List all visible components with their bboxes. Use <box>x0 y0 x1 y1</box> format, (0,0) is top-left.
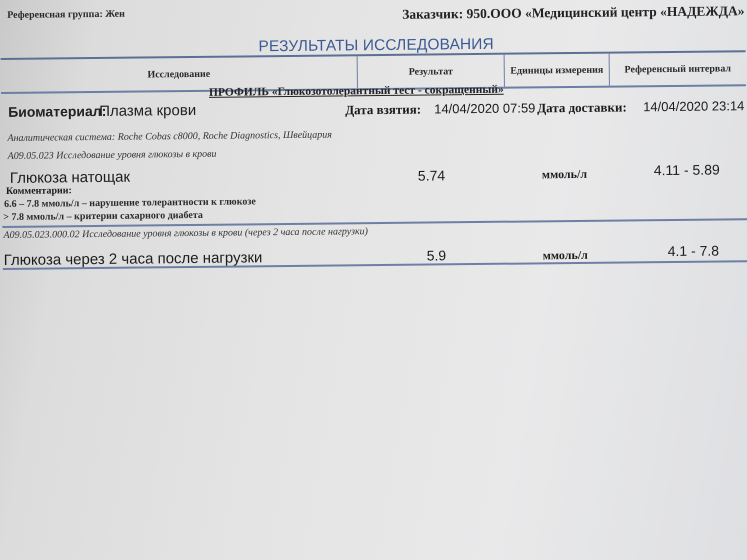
comments-label: Комментарии: <box>6 185 72 197</box>
test-result: 5.9 <box>427 247 447 263</box>
profile-title: ПРОФИЛЬ «Глюкозотолерантный тест - сокра… <box>209 84 504 99</box>
lab-report-sheet: Референсная группа: Жен Заказчик: 950.ОО… <box>0 0 747 560</box>
test-reference: 4.11 - 5.89 <box>654 161 720 178</box>
column-units: Единицы измерения <box>505 54 609 87</box>
date-taken-label: Дата взятия: <box>345 102 421 119</box>
comment-line: > 7.8 ммоль/л – критерии сахарного диабе… <box>3 210 203 223</box>
biomaterial-label: Биоматериал: <box>8 103 106 120</box>
test-units: ммоль/л <box>542 167 587 182</box>
test-reference: 4.1 - 7.8 <box>668 242 720 259</box>
date-taken-value: 14/04/2020 07:59 <box>434 100 535 116</box>
analytic-system: Аналитическая система: Roche Cobas c8000… <box>7 130 332 144</box>
customer-info: Заказчик: 950.ООО «Медицинский центр «НА… <box>402 3 744 23</box>
biomaterial-value: Плазма крови <box>99 102 196 120</box>
test-result: 5.74 <box>418 167 445 183</box>
column-reference: Референсный интервал <box>610 52 746 85</box>
test-code: A09.05.023 Исследование уровня глюкозы в… <box>8 149 217 162</box>
date-delivered-value: 14/04/2020 23:14 <box>643 98 744 114</box>
reference-group: Референсная группа: Жен <box>7 9 125 21</box>
test-name: Глюкоза натощак <box>10 169 130 187</box>
date-delivered-label: Дата доставки: <box>537 99 627 116</box>
comment-line: 6.6 – 7.8 ммоль/л – нарушение толерантно… <box>4 196 256 210</box>
test-code: A09.05.023.000.02 Исследование уровня гл… <box>3 226 368 241</box>
